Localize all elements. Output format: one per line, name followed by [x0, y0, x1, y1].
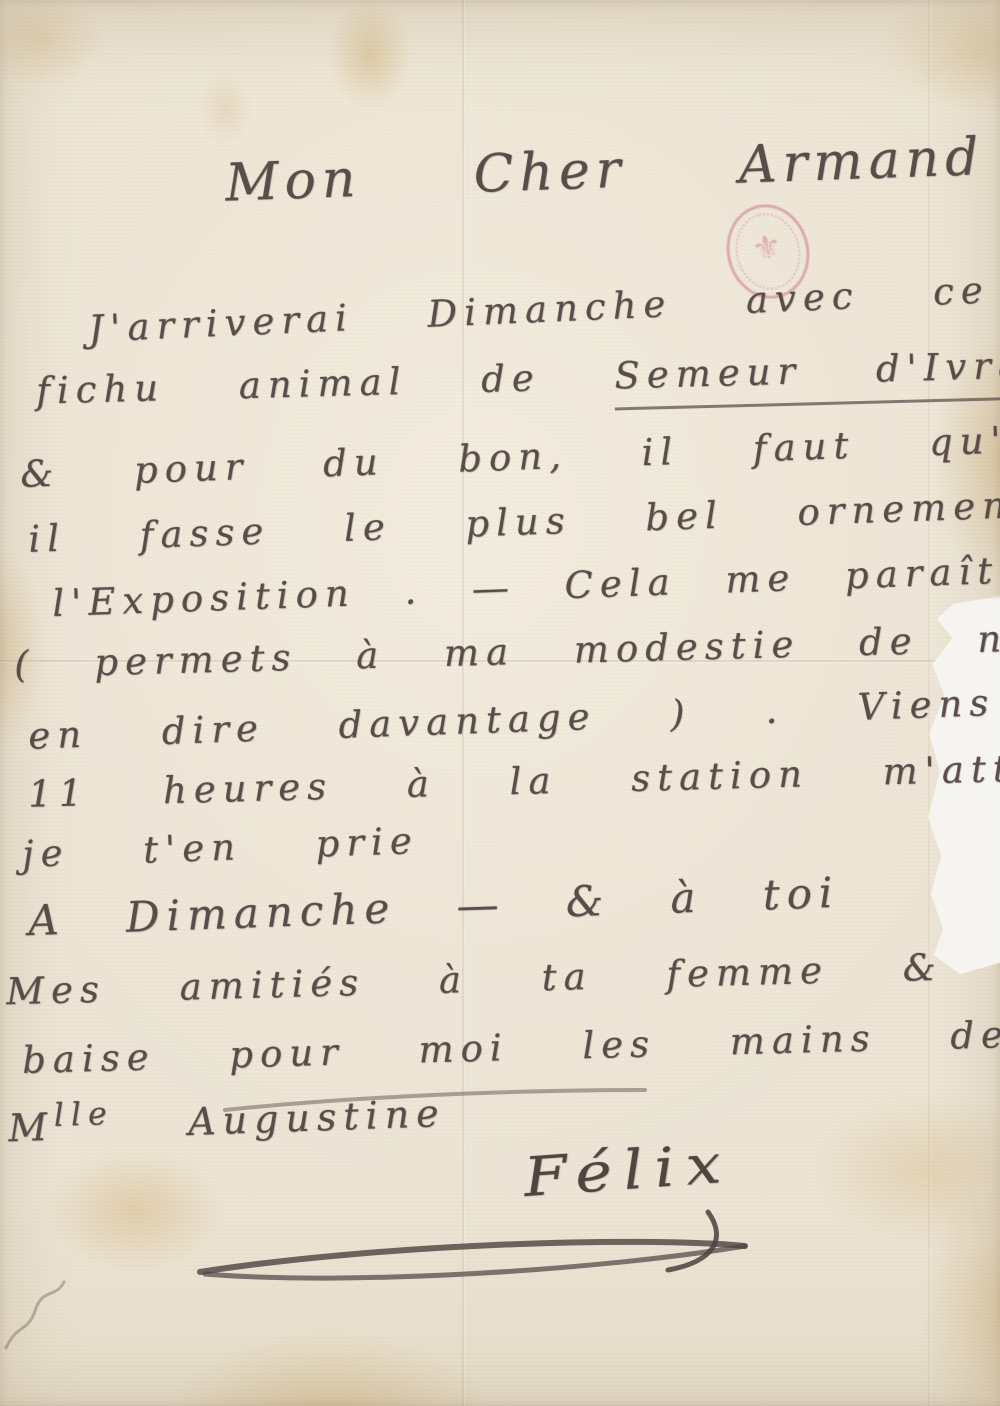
underlined-phrase: Semeur d'Ivraie: [614, 342, 1000, 410]
superscript: lle: [53, 1096, 114, 1134]
letter-scan: ⚜ Mon Cher Armand , J'arriverai Dimanche…: [0, 0, 1000, 1406]
line-text: M: [7, 1105, 54, 1151]
